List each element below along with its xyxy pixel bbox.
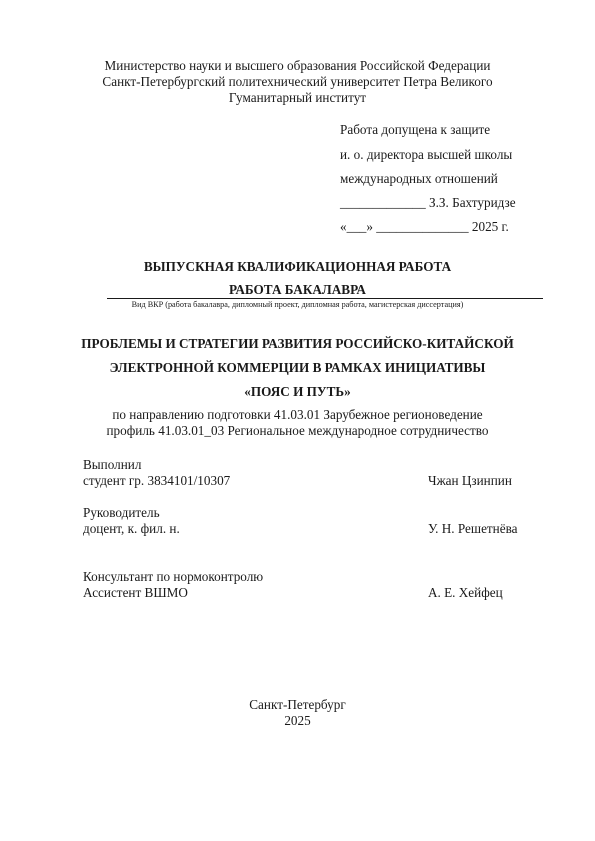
signature-name-student: Чжан Цзинпин	[428, 473, 512, 489]
signature-name-supervisor: У. Н. Решетнёва	[428, 521, 518, 537]
ministry-line: Министерство науки и высшего образования…	[0, 58, 595, 74]
approval-signature-line: _____________ З.З. Бахтуридзе	[340, 195, 516, 211]
university-line: Санкт-Петербургский политехнический унив…	[0, 74, 595, 90]
work-type-title: ВЫПУСКНАЯ КВАЛИФИКАЦИОННАЯ РАБОТА	[0, 259, 595, 275]
footer-city: Санкт-Петербург	[0, 697, 595, 713]
institute-line: Гуманитарный институт	[0, 90, 595, 106]
signature-role-consultant: Консультант по нормоконтролю	[83, 569, 263, 585]
topic-line-3: «ПОЯС И ПУТЬ»	[0, 384, 595, 400]
signature-role-supervisor: Руководитель	[83, 505, 160, 521]
signature-role-student: Выполнил	[83, 457, 141, 473]
signature-position-consultant: Ассистент ВШМО	[83, 585, 188, 601]
study-direction: по направлению подготовки 41.03.01 Заруб…	[0, 407, 595, 423]
signature-name-consultant: А. Е. Хейфец	[428, 585, 503, 601]
study-profile: профиль 41.03.01_03 Региональное междуна…	[0, 423, 595, 439]
work-type-underline	[107, 298, 543, 299]
signature-position-student: студент гр. 3834101/10307	[83, 473, 230, 489]
footer-year: 2025	[0, 713, 595, 729]
work-type-hint: Вид ВКР (работа бакалавра, дипломный про…	[0, 300, 595, 309]
signature-position-supervisor: доцент, к. фил. н.	[83, 521, 180, 537]
ministry-header: Министерство науки и высшего образования…	[0, 58, 595, 106]
topic-line-2: ЭЛЕКТРОННОЙ КОММЕРЦИИ В РАМКАХ ИНИЦИАТИВ…	[0, 360, 595, 376]
approval-date-line: «___» ______________ 2025 г.	[340, 219, 509, 235]
approval-line-2: и. о. директора высшей школы	[340, 147, 512, 163]
work-type-kind: РАБОТА БАКАЛАВРА	[0, 282, 595, 298]
approval-line-1: Работа допущена к защите	[340, 122, 490, 138]
topic-line-1: ПРОБЛЕМЫ И СТРАТЕГИИ РАЗВИТИЯ РОССИЙСКО-…	[0, 336, 595, 352]
approval-line-3: международных отношений	[340, 171, 498, 187]
